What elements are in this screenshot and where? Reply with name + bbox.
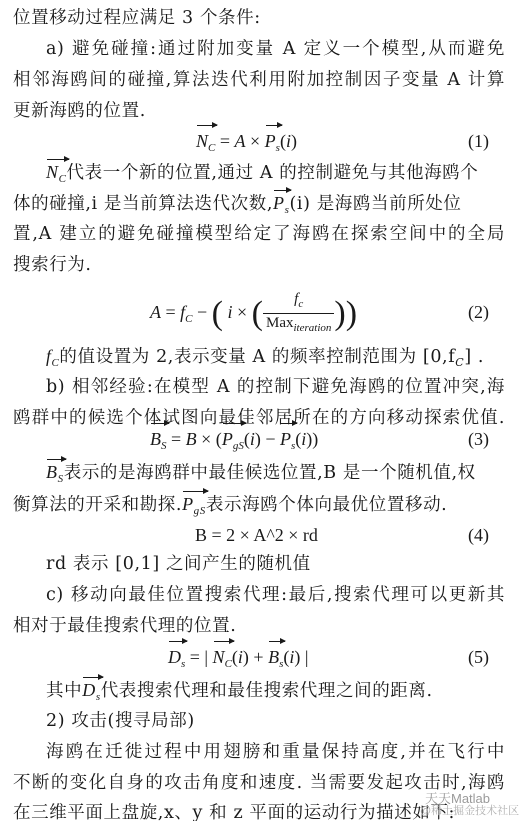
paragraph-c-line1: c) 移动向最佳位置搜索代理:最后,搜索代理可以更新其: [46, 581, 505, 609]
equation-1: NC = A × Ps(i) (1): [0, 124, 523, 158]
section-heading-attack: 2) 攻击(搜寻局部): [46, 707, 505, 735]
equation-2-number: (2): [468, 290, 489, 334]
paragraph-c-line2: 相对于最佳搜索代理的位置.: [13, 612, 505, 640]
paragraph-intro: 位置移动过程应满足 3 个条件:: [13, 4, 505, 32]
paragraph-nc-line3: 置,A 建立的避免碰撞模型给定了海鸥在探索空间中的全局: [13, 220, 505, 248]
paragraph-b-line1: b) 相邻经验:在模型 A 的控制下避免海鸥的位置冲突,海: [46, 373, 505, 401]
equation-4-body: B = 2 × A^2 × rd: [195, 518, 318, 552]
paragraph-nc-line1: NC代表一个新的位置,通过 A 的控制避免与其他海鸥个: [46, 158, 505, 193]
paragraph-nc-line4: 搜索行为.: [13, 251, 505, 279]
equation-2-body: A = fC − ( i × (fcMaxiteration)): [150, 290, 357, 341]
watermark-channel: 天天Matlab: [425, 792, 490, 806]
equation-1-number: (1): [468, 124, 489, 158]
paragraph-nc-line2: 体的碰撞,i 是当前算法迭代次数,Ps(i) 是海鸥当前所处位: [13, 189, 505, 224]
equation-3-body: BS = B × (PgS(i) − Ps(i)): [150, 422, 318, 463]
equation-5: Ds = | NC(i) + Bs(i) | (5): [0, 640, 523, 674]
paper-page: 位置移动过程应满足 3 个条件: a) 避免碰撞:通过附加变量 A 定义一个模型…: [0, 0, 523, 821]
paragraph-attack-line1: 海鸥在迁徙过程中用翅膀和重量保持高度,并在飞行中: [46, 738, 505, 766]
paragraph-ds: 其中Ds代表搜索代理和最佳搜索代理之间的距离.: [46, 676, 505, 711]
equation-4-number: (4): [468, 518, 489, 552]
paragraph-a-line3: 更新海鸥的位置.: [13, 97, 505, 125]
paragraph-a-line2: 相邻海鸥间的碰撞,算法迭代利用附加控制因子变量 A 计算: [13, 66, 505, 94]
paragraph-bs-line1: BS表示的是海鸥群中最佳候选位置,B 是一个随机值,权: [46, 458, 505, 493]
equation-5-body: Ds = | NC(i) + Bs(i) |: [168, 640, 308, 681]
equation-5-number: (5): [468, 640, 489, 674]
equation-3: BS = B × (PgS(i) − Ps(i)) (3): [0, 422, 523, 456]
paragraph-a-line1: a) 避免碰撞:通过附加变量 A 定义一个模型,从而避免: [46, 35, 505, 63]
vector-nc: NC: [46, 158, 67, 193]
equation-2: A = fC − ( i × (fcMaxiteration)) (2): [0, 290, 523, 334]
watermark-community: @稀土掘金技术社区: [420, 805, 519, 817]
equation-4: B = 2 × A^2 × rd (4): [0, 518, 523, 552]
equation-3-number: (3): [468, 422, 489, 456]
paragraph-rd: rd 表示 [0,1] 之间产生的随机值: [46, 550, 505, 578]
paragraph-fc: fC的值设置为 2,表示变量 A 的频率控制范围为 [0,fC] .: [46, 342, 505, 377]
